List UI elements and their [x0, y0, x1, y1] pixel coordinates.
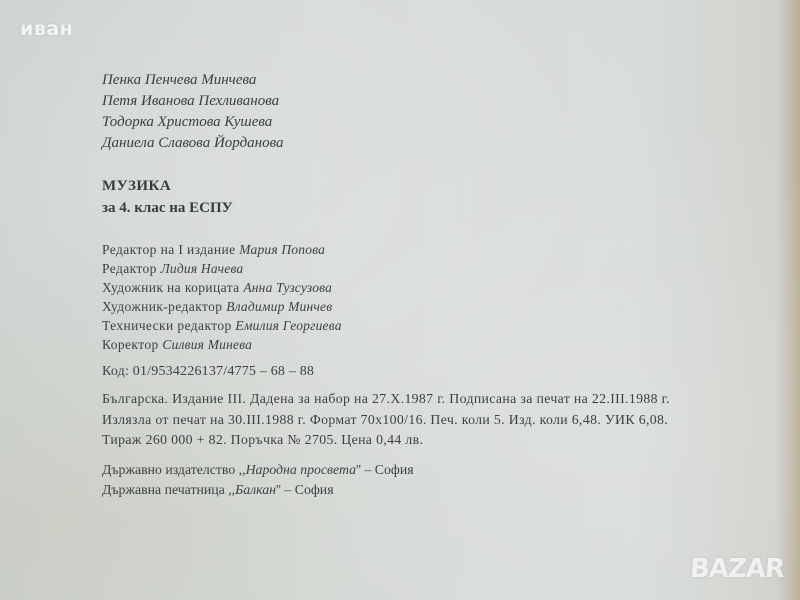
credit-role: Редактор [102, 261, 161, 276]
credit-row: Коректор Силвия Минева [102, 335, 342, 354]
credit-person: Лидия Начева [161, 261, 244, 276]
credit-row: Художник-редактор Владимир Минчев [102, 297, 342, 316]
print-info-line: Тираж 260 000 + 82. Поръчка № 2705. Цена… [102, 430, 670, 451]
publisher-name: Балкан [235, 482, 276, 497]
publisher-prefix: Държавна печатница ,, [102, 482, 235, 497]
credit-row: Художник на корицата Анна Тузсузова [102, 278, 342, 297]
credit-role: Художник на корицата [102, 280, 243, 295]
author-name: Петя Иванова Пехливанова [102, 91, 284, 112]
publisher-row: Държавна печатница ,,Балкан'' – София [102, 480, 414, 500]
credit-role: Редактор на I издание [102, 242, 239, 257]
watermark-bazar-logo: BAZAR [689, 554, 785, 584]
publisher-suffix: '' – София [356, 462, 414, 477]
watermark-top-left: иван [20, 18, 73, 40]
publisher-suffix: '' – София [276, 482, 334, 497]
print-info-line: Излязла от печат на 30.III.1988 г. Форма… [102, 410, 670, 431]
credit-person: Анна Тузсузова [243, 280, 332, 295]
author-name: Даниела Славова Йорданова [102, 133, 284, 154]
credit-row: Редактор Лидия Начева [102, 259, 342, 278]
book-title-block: МУЗИКА за 4. клас на ЕСПУ [102, 176, 233, 219]
book-subtitle: за 4. клас на ЕСПУ [102, 197, 233, 219]
publisher-prefix: Държавно издателство ,, [102, 462, 246, 477]
print-info-line: Българска. Издание III. Дадена за набор … [102, 389, 670, 410]
credit-person: Силвия Минева [162, 337, 252, 352]
credit-role: Коректор [102, 337, 162, 352]
publisher-name: Народна просвета [246, 462, 356, 477]
credits-list: Редактор на I издание Мария Попова Редак… [102, 240, 342, 354]
credit-person: Мария Попова [239, 242, 325, 257]
credit-row: Редактор на I издание Мария Попова [102, 240, 342, 259]
publishers-list: Държавно издателство ,,Народна просвета'… [102, 460, 414, 499]
authors-list: Пенка Пенчева Минчева Петя Иванова Пехли… [102, 70, 284, 154]
print-info: Българска. Издание III. Дадена за набор … [102, 389, 670, 451]
credit-row: Технически редактор Емилия Георгиева [102, 316, 342, 335]
credit-role: Технически редактор [102, 318, 235, 333]
author-name: Тодорка Христова Кушева [102, 112, 284, 133]
publisher-row: Държавно издателство ,,Народна просвета'… [102, 460, 414, 480]
author-name: Пенка Пенчева Минчева [102, 70, 284, 91]
credit-role: Художник-редактор [102, 299, 226, 314]
colophon-page: иван Пенка Пенчева Минчева Петя Иванова … [0, 0, 800, 600]
book-code: Код: 01/9534226137/4775 – 68 – 88 [102, 364, 314, 380]
book-title: МУЗИКА [102, 176, 233, 197]
credit-person: Владимир Минчев [226, 299, 332, 314]
credit-person: Емилия Георгиева [235, 318, 341, 333]
